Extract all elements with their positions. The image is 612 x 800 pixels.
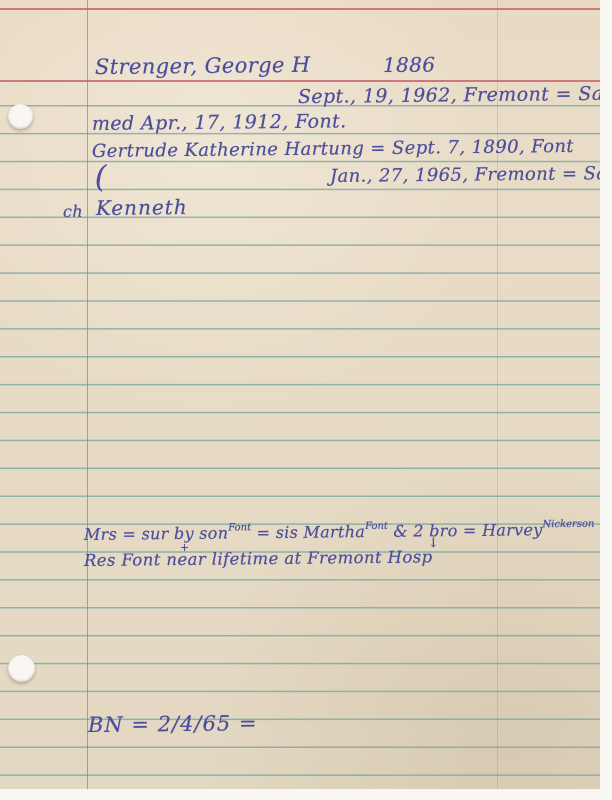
survivors-seg2: = sis Martha <box>251 522 365 542</box>
marriage-line: med Apr., 17, 1912, Font. <box>92 110 347 135</box>
spouse-death-line: Jan., 27, 1965, Fremont = Salem <box>330 163 612 187</box>
death-line: Sept., 19, 1962, Fremont = Salem <box>298 82 612 108</box>
head-name: Strenger, George H <box>95 53 311 79</box>
survivors-superscript-2: Font <box>365 521 388 532</box>
survivors-seg3: & 2 bro = Harvey <box>388 520 543 541</box>
right-margin-rule <box>497 0 498 789</box>
ruled-lines <box>0 105 600 789</box>
hole-punch-top <box>8 104 33 129</box>
scanner-background-right <box>600 0 612 800</box>
open-paren-mark: ( <box>95 160 107 195</box>
birth-year: 1886 <box>383 52 436 77</box>
top-red-rule <box>0 8 600 10</box>
survivors-superscript-1: Font <box>228 522 251 533</box>
survivors-superscript-3: Nickerson <box>542 519 594 531</box>
notebook-paper: Strenger, George H 1886 Sept., 19, 1962,… <box>0 0 600 789</box>
scanner-background-bottom <box>0 789 612 800</box>
header-red-rule <box>0 80 600 82</box>
children-label: ch <box>63 202 83 221</box>
left-margin-rule <box>87 0 88 789</box>
hole-punch-bottom <box>8 655 35 682</box>
bn-date-line: BN = 2/4/65 = <box>88 711 258 737</box>
residence-line: Res Font near lifetime at Fremont Hosp <box>84 547 433 570</box>
child-name: Kenneth <box>96 195 188 220</box>
scanned-page: Strenger, George H 1886 Sept., 19, 1962,… <box>0 0 612 800</box>
survivors-seg1: Mrs = sur by son <box>84 523 229 544</box>
